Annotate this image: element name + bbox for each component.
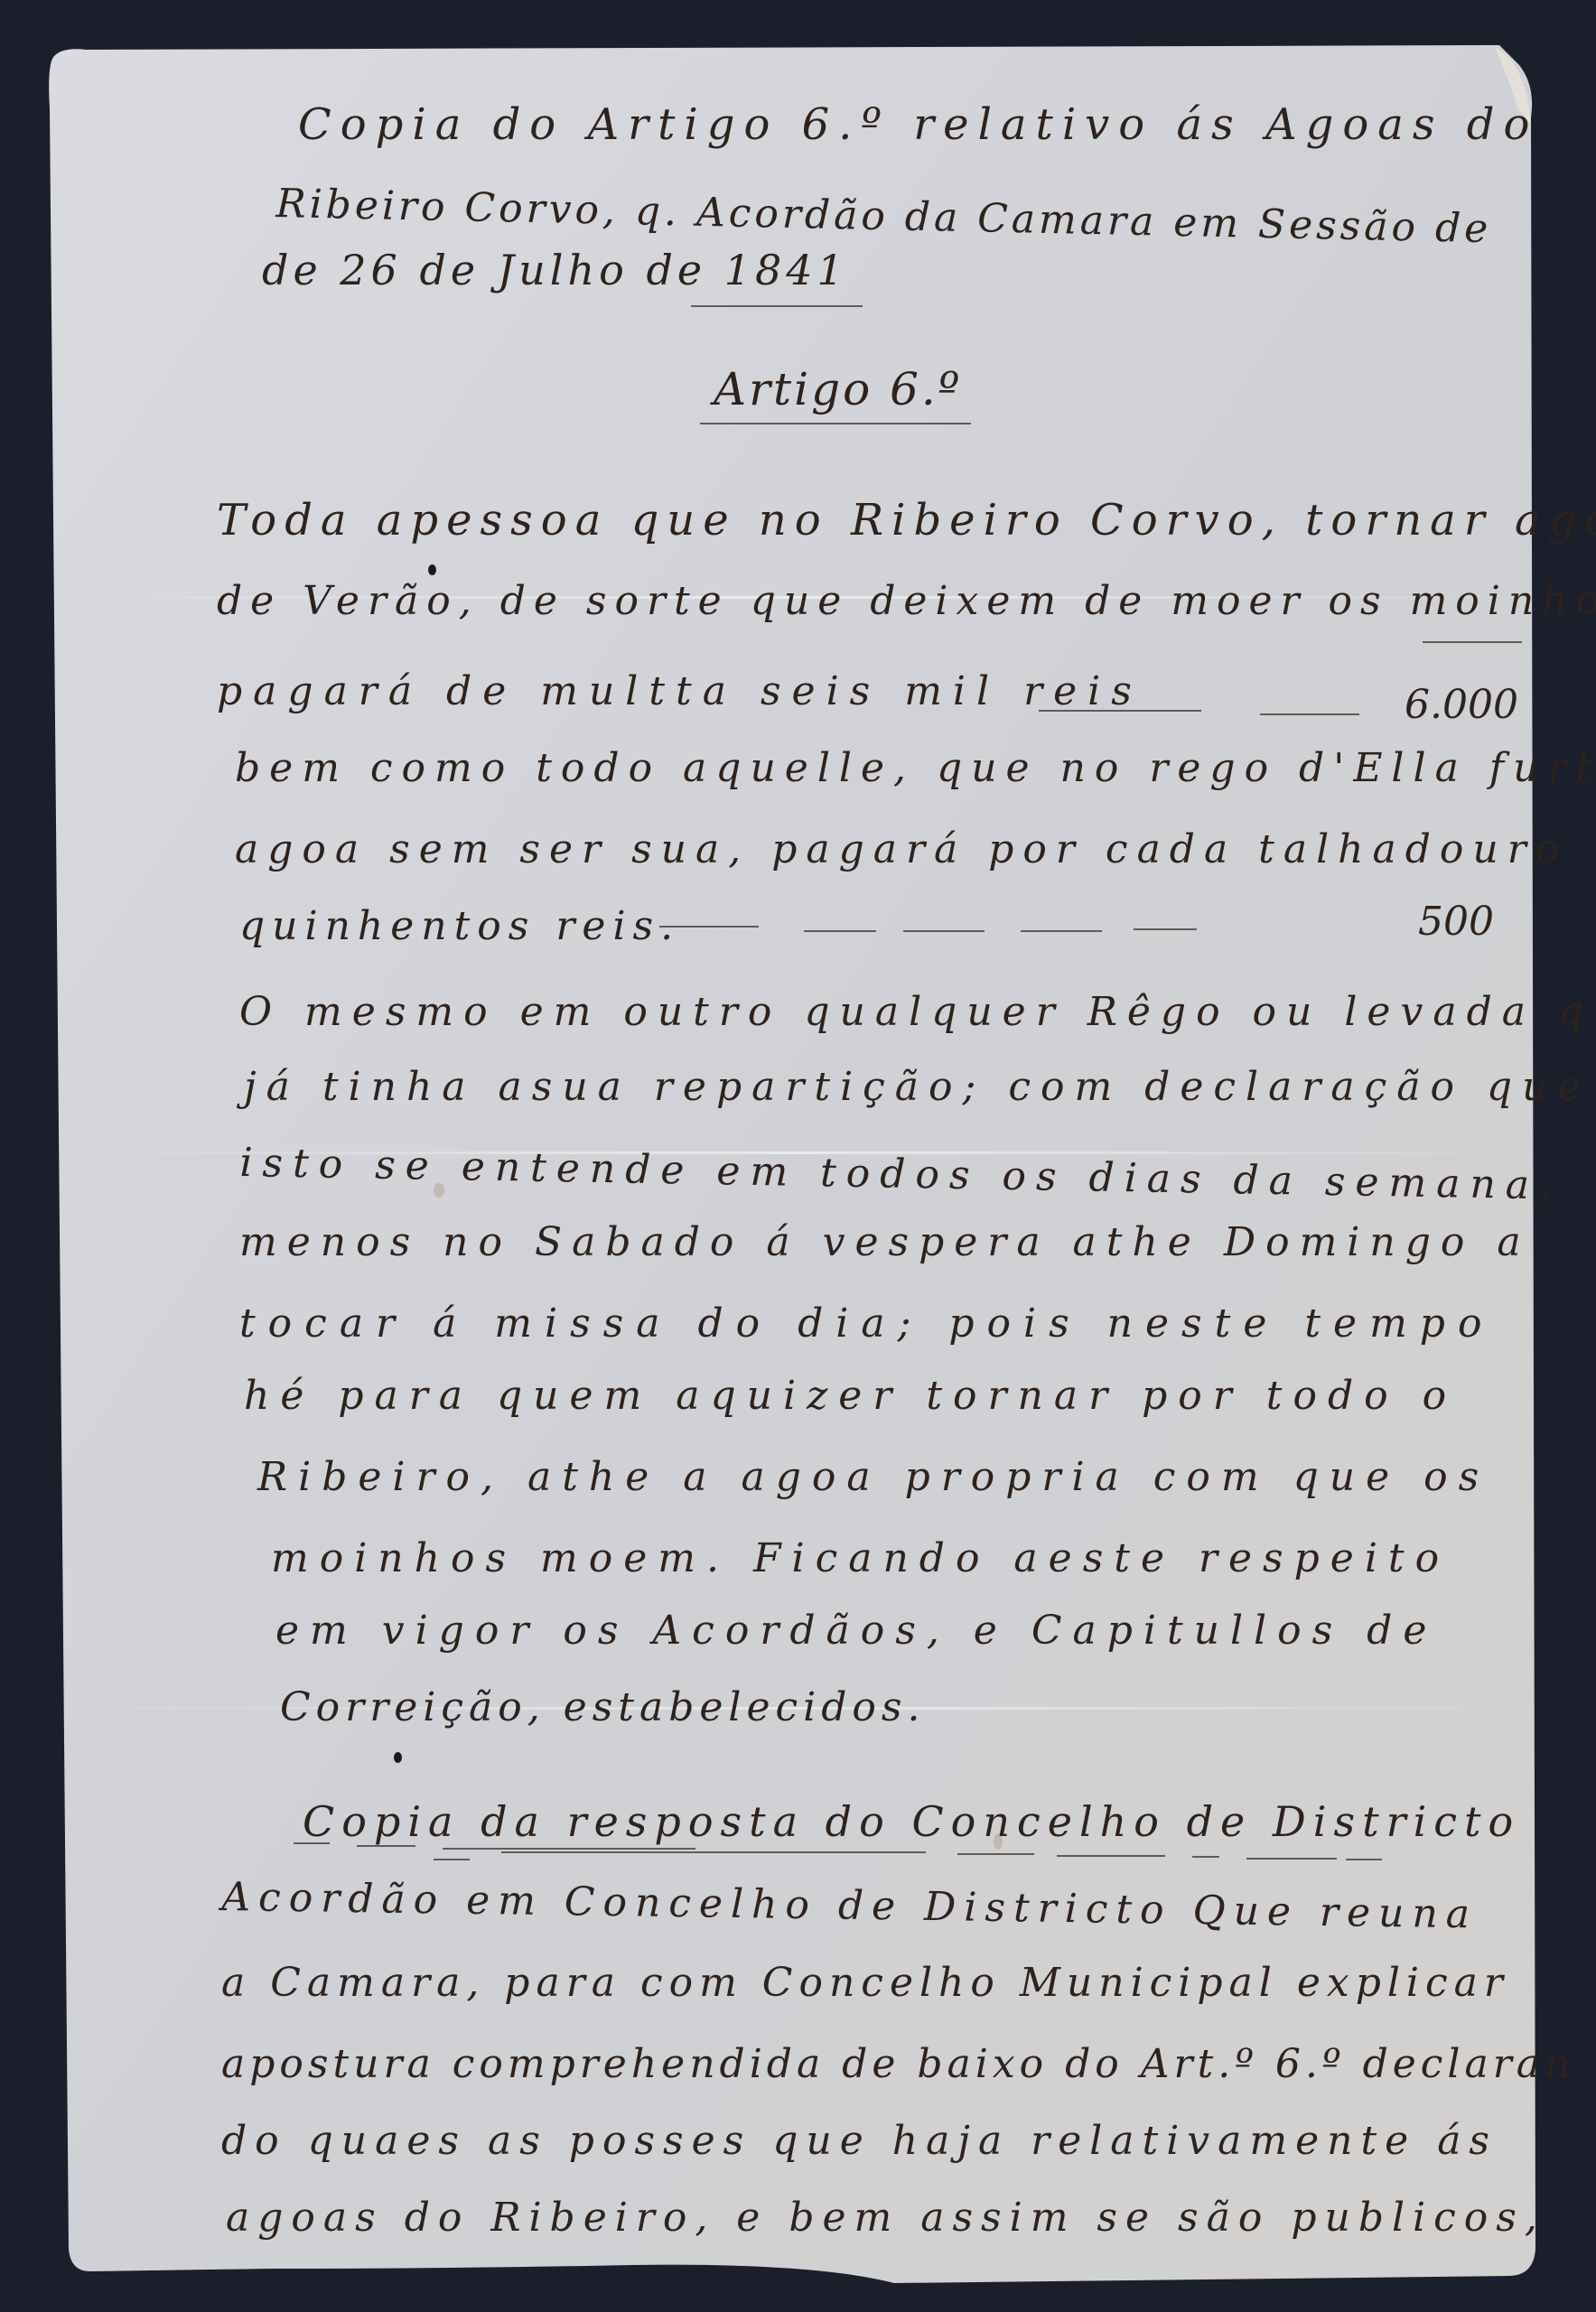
- filler-dash: [1039, 710, 1201, 712]
- response-title-underline: [294, 1842, 330, 1844]
- article-line: agoa sem ser sua, pagará por cada talhad…: [235, 826, 1568, 872]
- response-line: do quaes as posses que haja relativament…: [221, 2118, 1498, 2164]
- filler-dash: [903, 930, 985, 932]
- year-underline: [691, 305, 863, 307]
- response-title: Copia da resposta do Concelho de Distric…: [303, 1797, 1520, 1846]
- fine-amount-talhadouro: 500: [1418, 899, 1494, 945]
- article-line: Toda apessoa que no Ribeiro Corvo, torna…: [217, 495, 1596, 545]
- article-line: hé para quem aquizer tornar por todo o: [244, 1373, 1457, 1419]
- response-title-underline: [957, 1853, 1034, 1855]
- article-line: menos no Sabado á vespera athe Domingo a: [239, 1219, 1531, 1265]
- response-line: a Camara, para com Concelho Municipal ex…: [221, 1960, 1509, 2006]
- filler-dash: [1260, 713, 1359, 715]
- response-line: apostura comprehendida de baixo do Art.º…: [221, 2041, 1574, 2087]
- filler-dash: [1423, 641, 1522, 643]
- response-title-underline: [357, 1845, 415, 1847]
- response-title-underline: [501, 1851, 926, 1853]
- article-line: de Verão, de sorte que deixem de moer os…: [217, 578, 1596, 624]
- pin-hole: [394, 1752, 402, 1763]
- article-line: já tinha asua repartição; com declaração…: [244, 1064, 1591, 1110]
- filler-dash: [659, 926, 759, 928]
- response-title-underline: [1192, 1856, 1219, 1858]
- article-line: tocar á missa do dia; pois neste tempo: [239, 1300, 1494, 1347]
- response-title-underline: [443, 1848, 695, 1850]
- filler-dash: [1021, 930, 1102, 932]
- article-title: Artigo 6.º: [714, 363, 962, 415]
- header-line-3: de 26 de Julho de 1841: [262, 246, 848, 294]
- article-line: moinhos moem. Ficando aeste respeito: [271, 1535, 1450, 1581]
- header-line-1: Copia do Artigo 6.º relativo ás Agoas do: [298, 99, 1538, 150]
- fine-amount-mills: 6.000: [1405, 682, 1518, 728]
- article-line: Correição, estabelecidos.: [280, 1684, 925, 1730]
- article-line: bem como todo aquelle, que no rego d'Ell…: [235, 745, 1596, 791]
- article-line: O mesmo em outro qualquer Rêgo ou levada…: [239, 989, 1596, 1035]
- filler-dash: [1134, 928, 1197, 930]
- pin-hole: [428, 564, 436, 575]
- response-line: agoas do Ribeiro, e bem assim se são pub…: [226, 2195, 1545, 2241]
- article-line: pagará de multta seis mil reis: [217, 668, 1143, 714]
- article-line: Ribeiro, athe a agoa propria com que os: [257, 1454, 1489, 1500]
- response-title-underline: [1057, 1855, 1165, 1857]
- response-title-underline: [434, 1859, 470, 1860]
- article-line: quinhentos reis.: [239, 903, 680, 949]
- response-title-underline: [1346, 1859, 1382, 1860]
- article-line: em vigor os Acordãos, e Capitullos de: [275, 1608, 1437, 1654]
- filler-dash: [804, 930, 876, 932]
- article-title-underline: [700, 423, 971, 424]
- manuscript-page: Copia do Artigo 6.º relativo ás Agoas do…: [0, 0, 1596, 2312]
- response-title-underline: [1246, 1858, 1337, 1860]
